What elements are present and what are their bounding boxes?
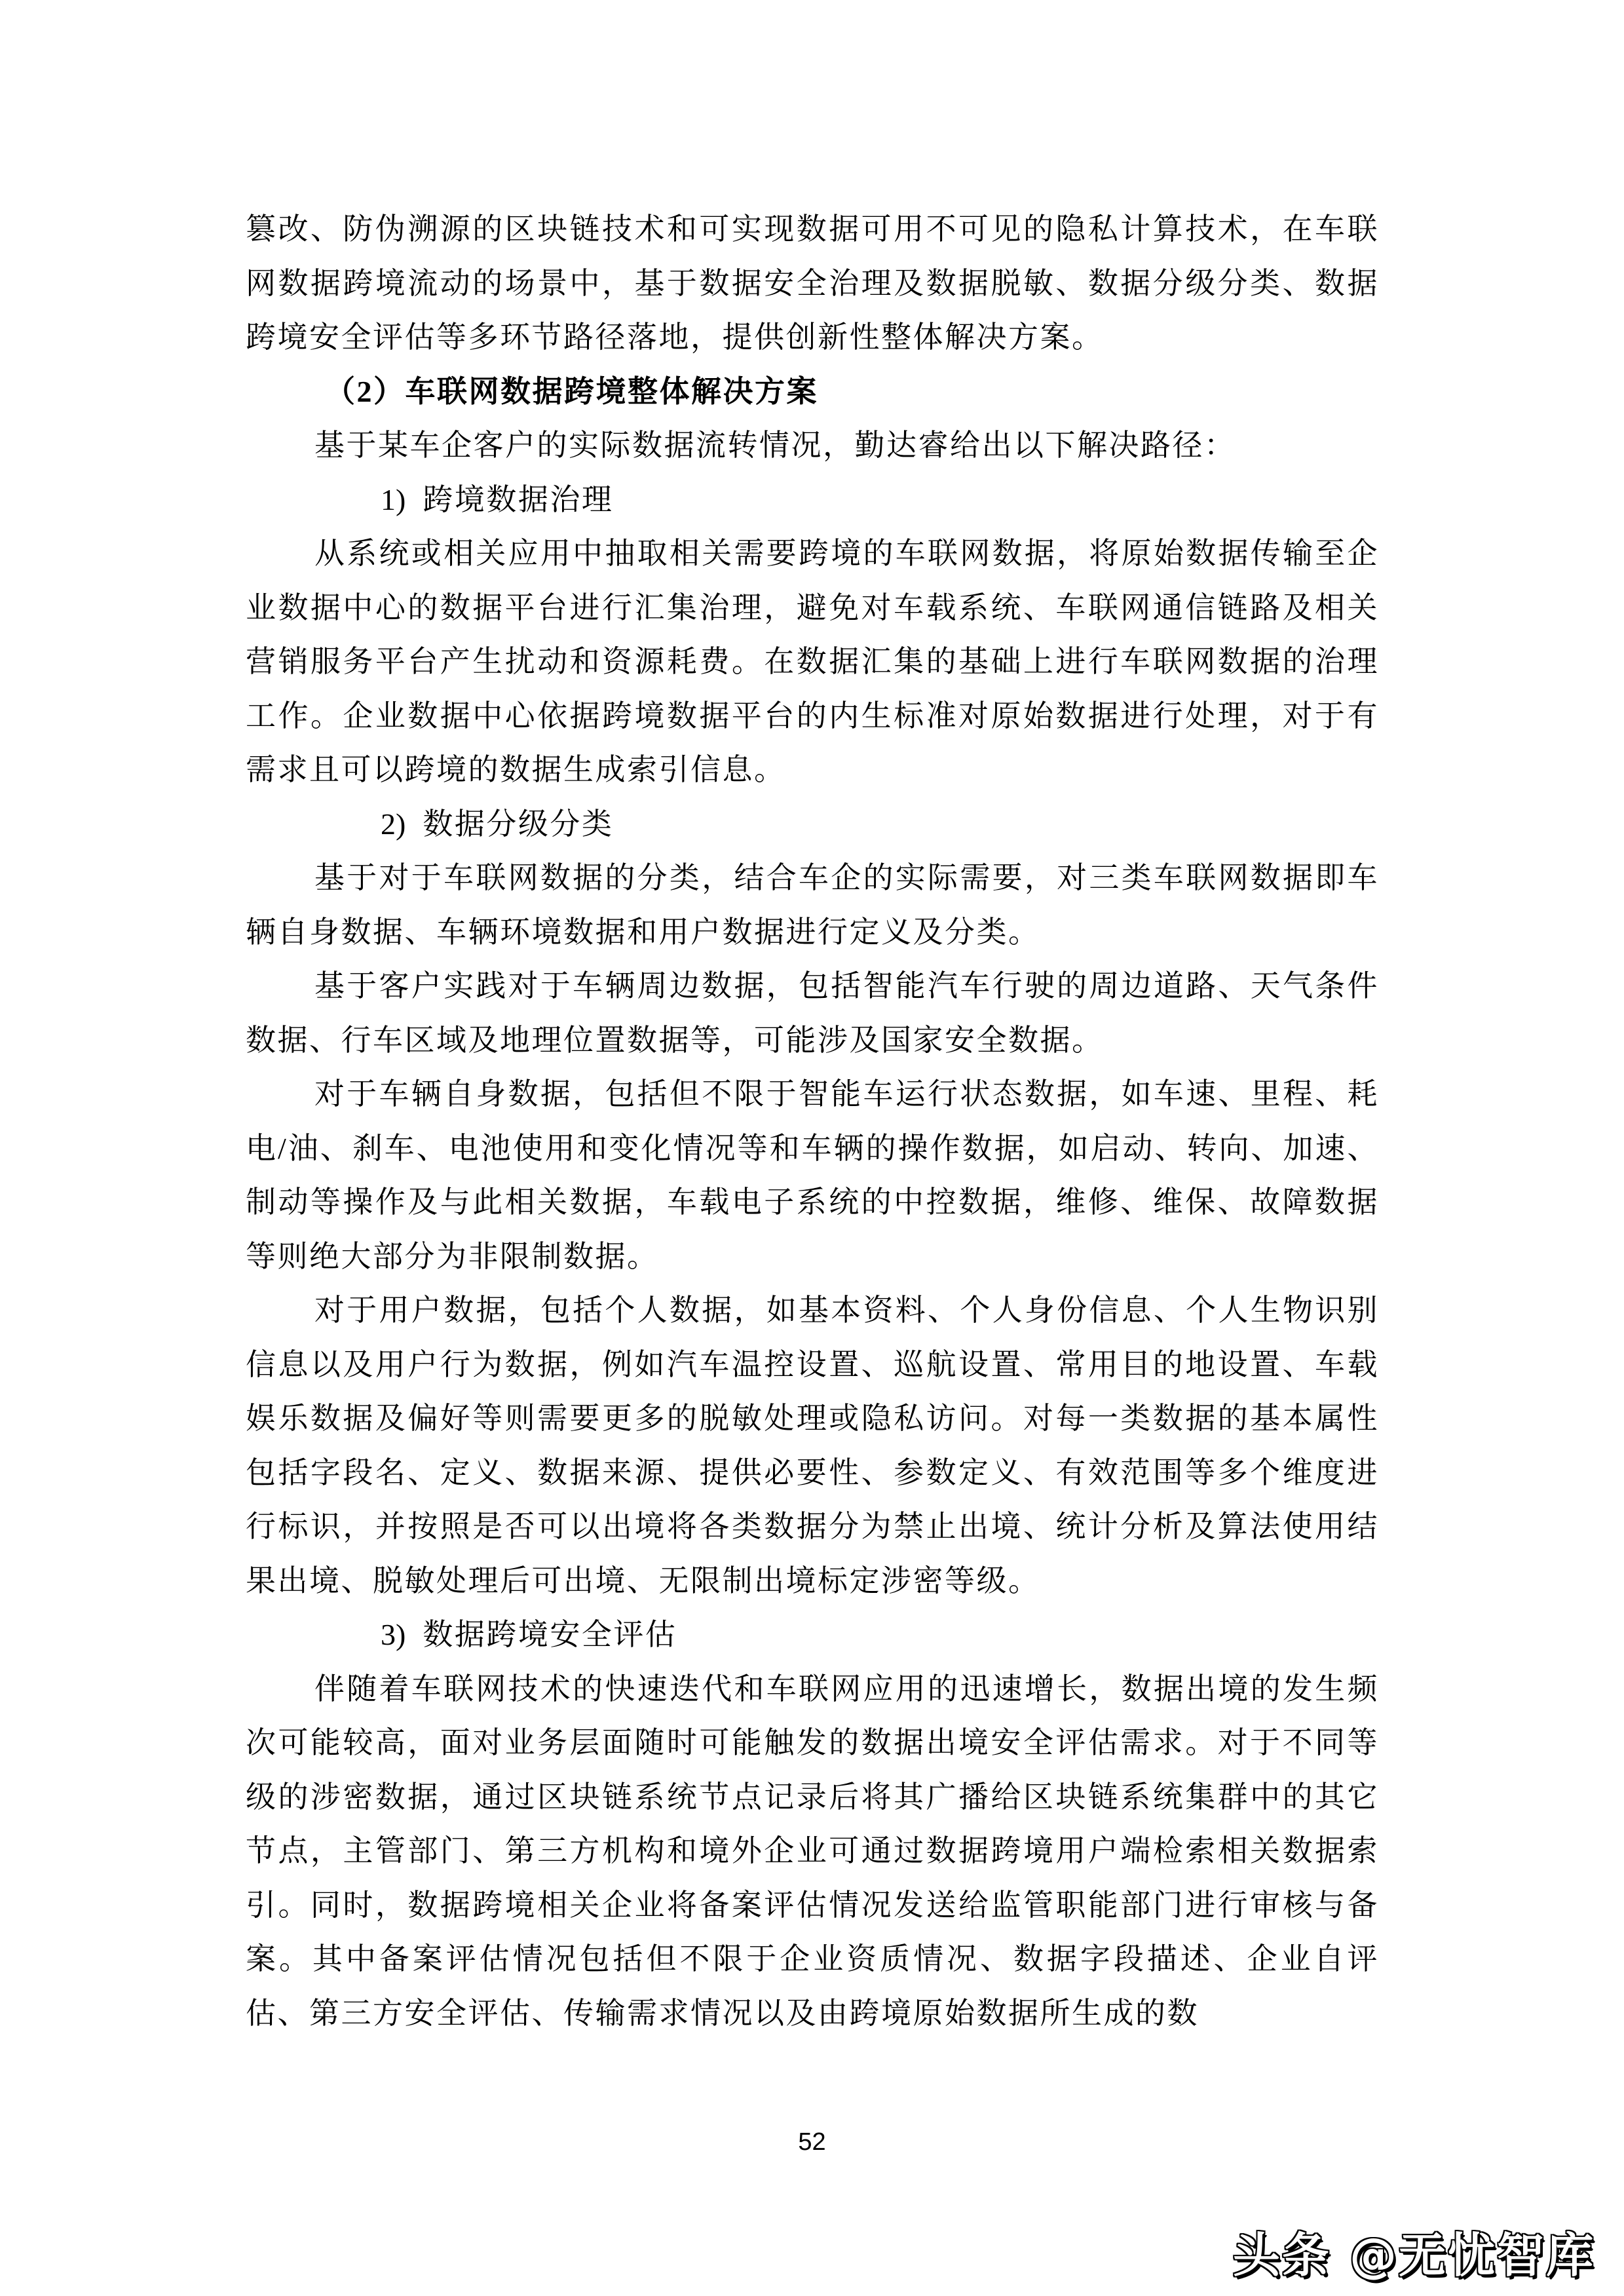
page-body: 篡改、防伪溯源的区块链技术和可实现数据可用不可见的隐私计算技术，在车联网数据跨境…: [246, 0, 1379, 2040]
list-marker-1: 1): [313, 473, 406, 527]
paragraph-governance: 从系统或相关应用中抽取相关需要跨境的车联网数据，将原始数据传输至企业数据中心的数…: [246, 527, 1379, 797]
list-item-1: 1)跨境数据治理: [246, 473, 1379, 527]
paragraph-intro: 基于某车企客户的实际数据流转情况，勤达睿给出以下解决路径：: [246, 419, 1379, 473]
paragraph-vehicle-data: 对于车辆自身数据，包括但不限于智能车运行状态数据，如车速、里程、耗电/油、刹车、…: [246, 1067, 1379, 1284]
page-number: 52: [0, 2128, 1624, 2156]
list-item-3: 3)数据跨境安全评估: [246, 1608, 1379, 1662]
document-page: 篡改、防伪溯源的区块链技术和可实现数据可用不可见的隐私计算技术，在车联网数据跨境…: [0, 0, 1624, 2296]
paragraph-user-data: 对于用户数据，包括个人数据，如基本资料、个人身份信息、个人生物识别信息以及用户行…: [246, 1284, 1379, 1608]
list-marker-2: 2): [313, 797, 406, 852]
watermark: 头条 @无忧智库: [1233, 2217, 1595, 2286]
list-item-1-label: 跨境数据治理: [423, 483, 613, 516]
paragraph-classification: 基于对于车联网数据的分类，结合车企的实际需要，对三类车联网数据即车辆自身数据、车…: [246, 851, 1379, 959]
paragraph-security-assessment: 伴随着车联网技术的快速迭代和车联网应用的迅速增长，数据出境的发生频次可能较高，面…: [246, 1662, 1379, 2041]
paragraph-continuation: 篡改、防伪溯源的区块链技术和可实现数据可用不可见的隐私计算技术，在车联网数据跨境…: [246, 202, 1379, 365]
list-item-3-label: 数据跨境安全评估: [423, 1618, 677, 1651]
list-item-2: 2)数据分级分类: [246, 797, 1379, 852]
list-marker-3: 3): [313, 1608, 406, 1662]
list-item-2-label: 数据分级分类: [423, 807, 613, 841]
paragraph-surrounding-data: 基于客户实践对于车辆周边数据，包括智能汽车行驶的周边道路、天气条件数据、行车区域…: [246, 959, 1379, 1067]
section-heading-2: （2）车联网数据跨境整体解决方案: [246, 365, 1379, 419]
